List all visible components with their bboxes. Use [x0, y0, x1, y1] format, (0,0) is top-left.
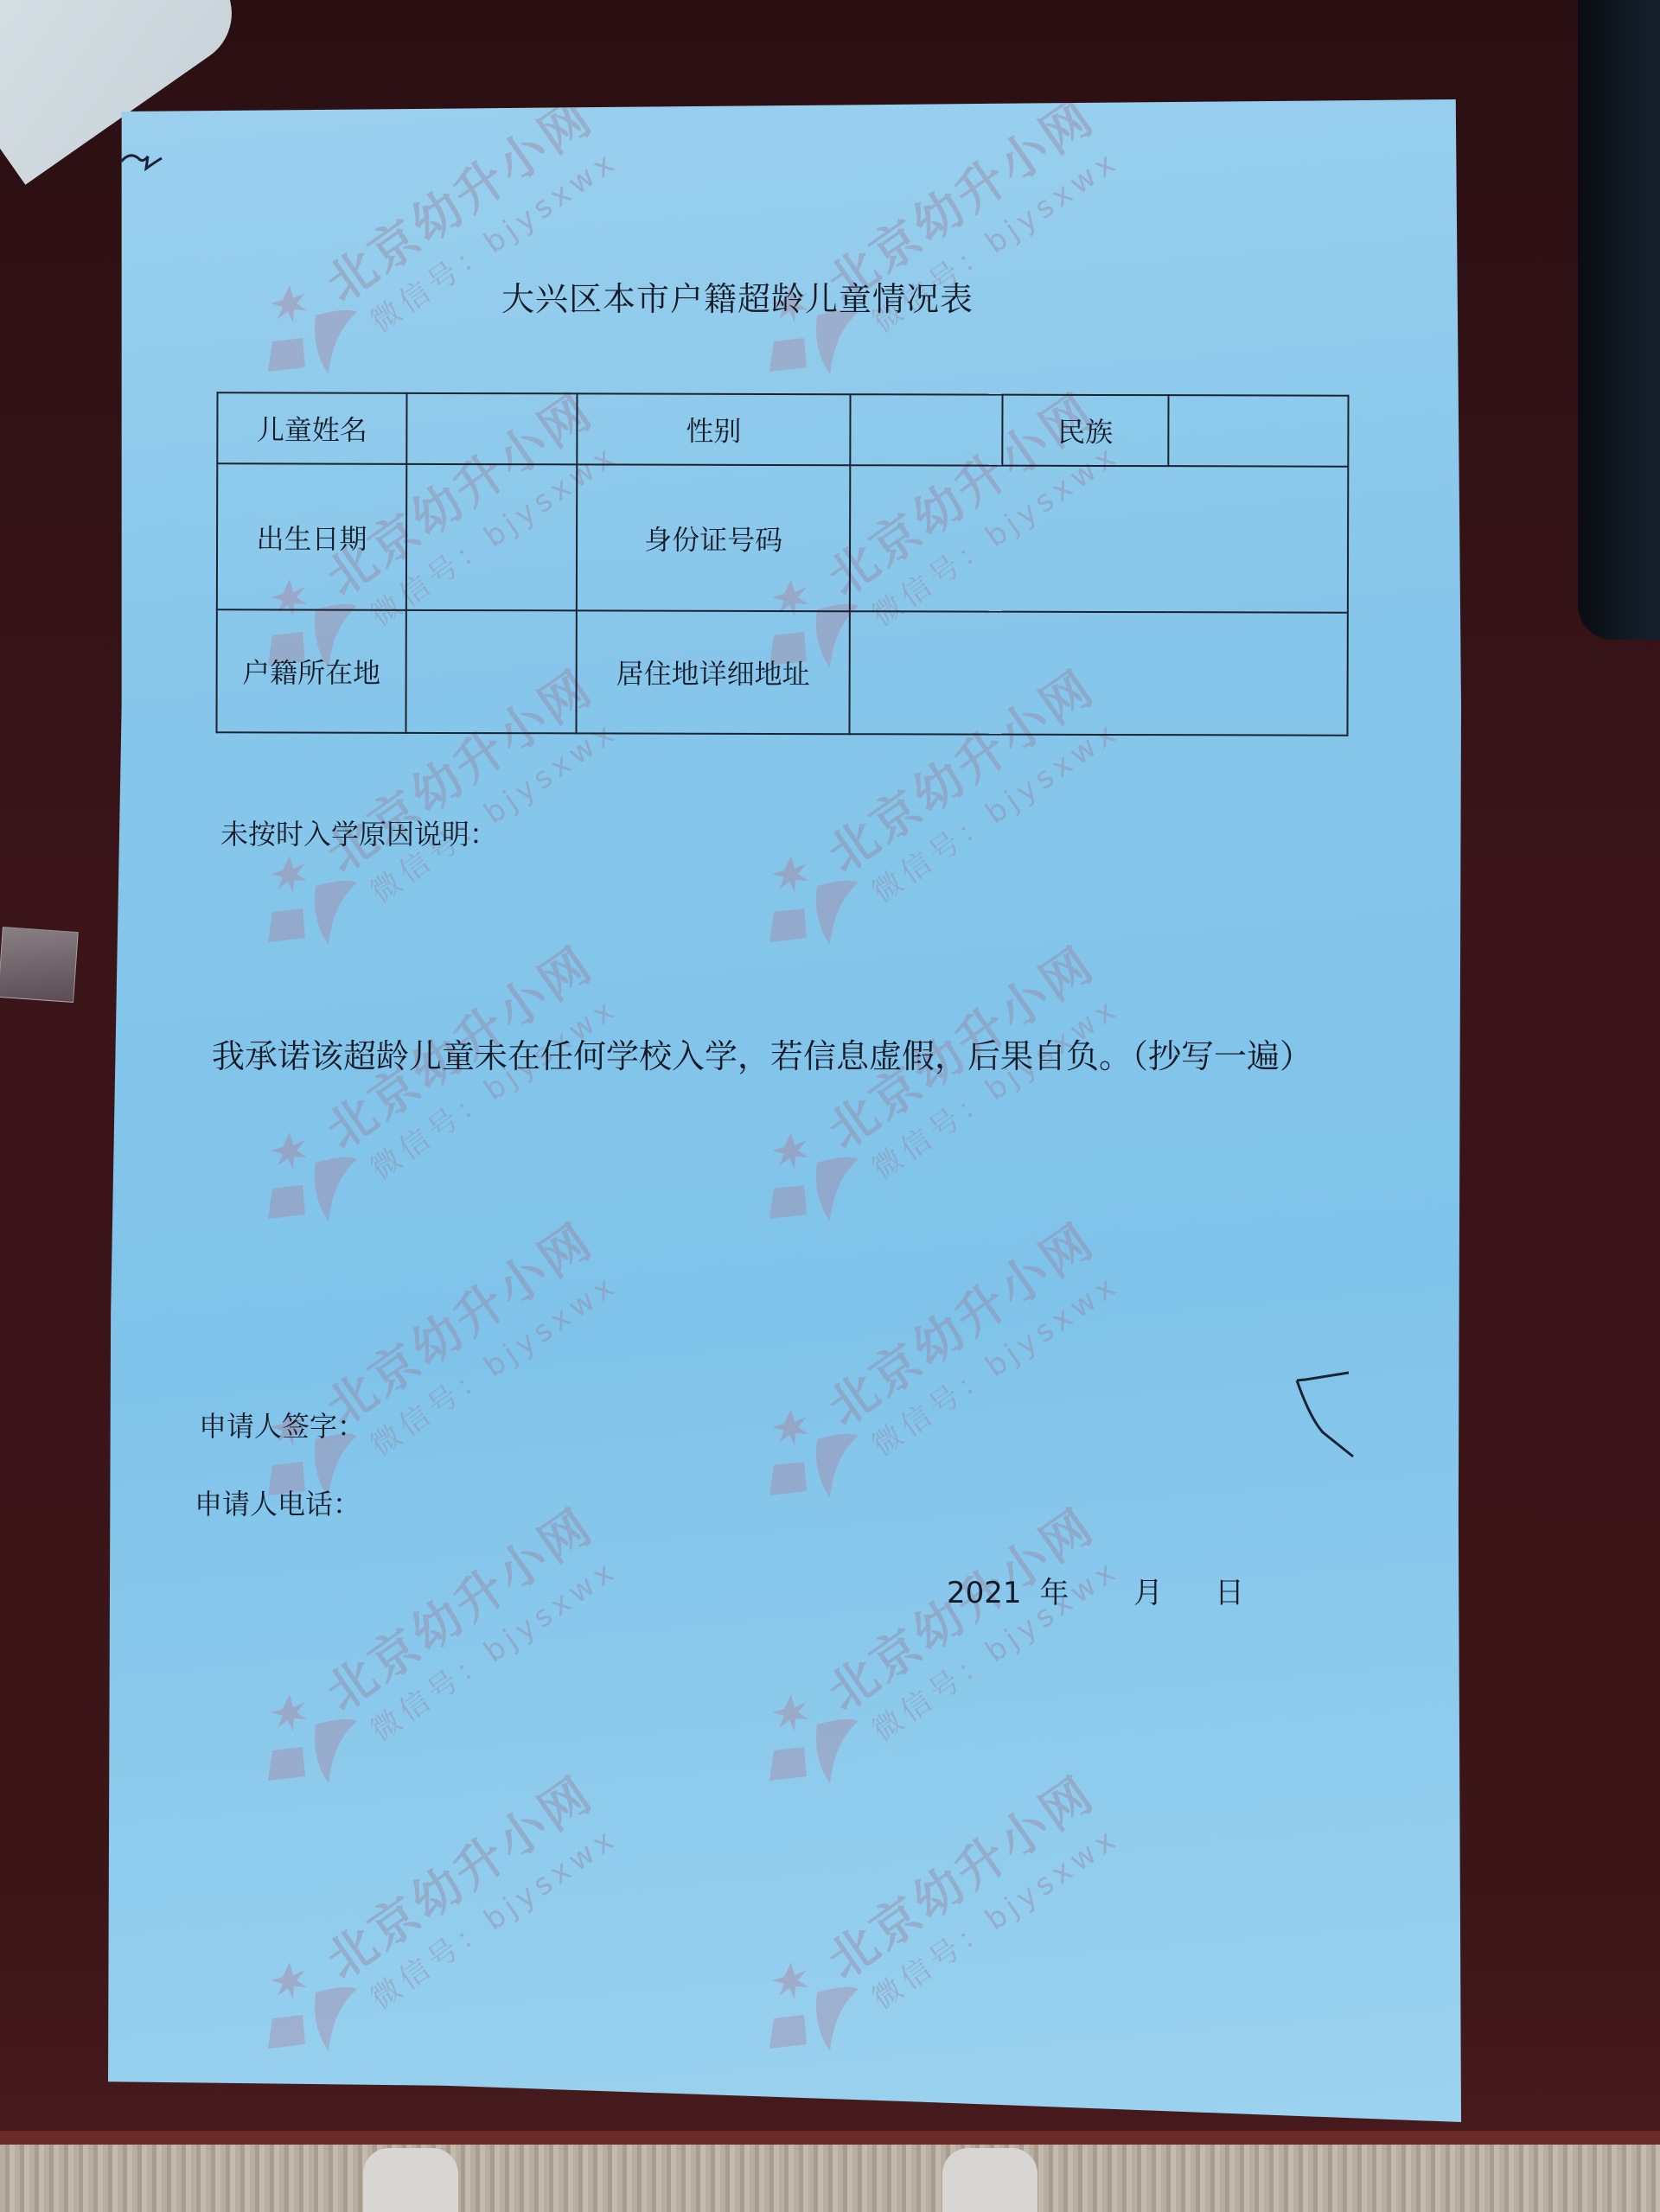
label-residential-address: 居住地详细地址	[577, 610, 850, 734]
reason-label: 未按时入学原因说明：	[220, 813, 497, 852]
phone-label: 申请人电话：	[195, 1482, 361, 1522]
child-info-table: 儿童姓名 性别 民族 出生日期 身份证号码 户籍所在地 居住地详细地址	[215, 392, 1349, 736]
field-gender[interactable]	[850, 394, 1002, 465]
label-child-name: 儿童姓名	[217, 392, 406, 464]
date-month-unit: 月	[1133, 1569, 1163, 1611]
form-content: 大兴区本市户籍超龄儿童情况表 儿童姓名 性别 民族 出生日期 身份证号码 户籍所…	[108, 99, 1461, 2122]
table-row: 户籍所在地 居住地详细地址	[216, 609, 1347, 735]
field-ethnicity[interactable]	[1168, 395, 1348, 467]
label-birth-date: 出生日期	[217, 463, 406, 610]
table-row: 出生日期 身份证号码	[217, 463, 1348, 612]
floor	[0, 2145, 1660, 2212]
date-line: 2021 年 月 日	[947, 1569, 1244, 1611]
paper-form: 北京幼升小网微信号：bjysxwx北京幼升小网微信号：bjysxwx北京幼升小网…	[108, 99, 1461, 2122]
date-year: 2021	[947, 1576, 1022, 1610]
label-household-registration: 户籍所在地	[216, 609, 405, 733]
tape-strip	[0, 927, 79, 1003]
handwritten-mark-icon	[117, 143, 177, 177]
field-household-registration[interactable]	[405, 610, 577, 734]
shoe	[942, 2148, 1037, 2212]
desk-edge	[0, 2131, 1660, 2145]
dark-device-edge	[1578, 0, 1660, 640]
label-ethnicity: 民族	[1002, 395, 1168, 467]
signature-label: 申请人签字：	[199, 1405, 365, 1444]
field-id-number[interactable]	[850, 465, 1349, 613]
form-title: 大兴区本市户籍超龄儿童情况表	[501, 272, 974, 320]
date-day-unit: 日	[1215, 1569, 1244, 1611]
date-year-unit: 年	[1039, 1569, 1069, 1611]
label-gender: 性别	[578, 393, 851, 465]
table-row: 儿童姓名 性别 民族	[217, 392, 1348, 466]
field-birth-date[interactable]	[406, 464, 578, 611]
shoe	[363, 2148, 458, 2212]
handwritten-check-icon	[1288, 1370, 1366, 1465]
field-residential-address[interactable]	[849, 611, 1348, 736]
field-child-name[interactable]	[406, 393, 578, 465]
label-id-number: 身份证号码	[577, 464, 850, 611]
pledge-statement: 我承诺该超龄儿童未在任何学校入学，若信息虚假，后果自负。（抄写一遍）	[212, 1020, 1465, 1093]
